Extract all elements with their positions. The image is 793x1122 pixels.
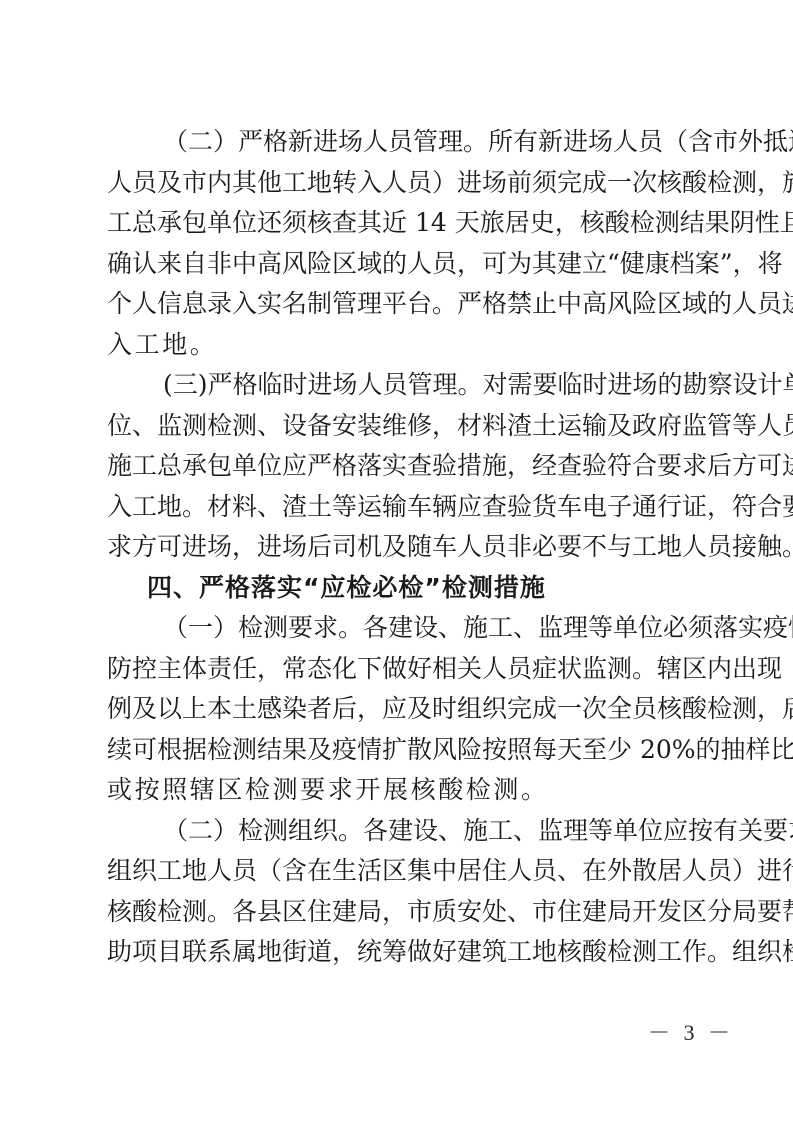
paragraph-line: 工总承包单位还须核查其近 14 天旅居史，核酸检测结果阴性且 bbox=[107, 203, 697, 244]
paragraph-line: 或按照辖区检测要求开展核酸检测。 bbox=[107, 770, 697, 811]
paragraph-line: 核酸检测。各县区住建局，市质安处、市住建局开发区分局要帮 bbox=[107, 892, 697, 933]
paragraph-line: 续可根据检测结果及疫情扩散风险按照每天至少 20%的抽样比例 bbox=[107, 730, 697, 771]
paragraph-line: 施工总承包单位应严格落实查验措施，经查验符合要求后方可进 bbox=[107, 446, 697, 487]
paragraph-line: 人员及市内其他工地转入人员）进场前须完成一次核酸检测，施 bbox=[107, 163, 697, 204]
paragraph-line: 入工地。 bbox=[107, 325, 697, 366]
paragraph-line: 防控主体责任，常态化下做好相关人员症状监测。辖区内出现 1 bbox=[107, 649, 697, 690]
section-heading: 四、严格落实“应检必检”检测措施 bbox=[107, 568, 697, 609]
paragraph-line: (三)严格临时进场人员管理。对需要临时进场的勘察设计单 bbox=[107, 365, 697, 406]
page-number: － 3 － bbox=[648, 1016, 734, 1047]
paragraph-line: （二）严格新进场人员管理。所有新进场人员（含市外抵返 bbox=[107, 122, 697, 163]
document-page: （二）严格新进场人员管理。所有新进场人员（含市外抵返 人员及市内其他工地转入人员… bbox=[0, 0, 793, 1122]
paragraph-line: 组织工地人员（含在生活区集中居住人员、在外散居人员）进行 bbox=[107, 851, 697, 892]
paragraph-line: 助项目联系属地街道，统筹做好建筑工地核酸检测工作。组织检 bbox=[107, 932, 697, 973]
paragraph-line: 确认来自非中高风险区域的人员，可为其建立“健康档案”，将 bbox=[107, 244, 697, 285]
paragraph-line: （二）检测组织。各建设、施工、监理等单位应按有关要求 bbox=[107, 811, 697, 852]
paragraph-line: 入工地。材料、渣土等运输车辆应查验货车电子通行证，符合要 bbox=[107, 487, 697, 528]
paragraph-line: 求方可进场，进场后司机及随车人员非必要不与工地人员接触。 bbox=[107, 527, 697, 568]
paragraph-line: （一）检测要求。各建设、施工、监理等单位必须落实疫情 bbox=[107, 608, 697, 649]
paragraph-line: 位、监测检测、设备安装维修，材料渣土运输及政府监管等人员， bbox=[107, 406, 697, 447]
document-body: （二）严格新进场人员管理。所有新进场人员（含市外抵返 人员及市内其他工地转入人员… bbox=[107, 122, 697, 973]
paragraph-line: 例及以上本土感染者后，应及时组织完成一次全员核酸检测，后 bbox=[107, 689, 697, 730]
paragraph-line: 个人信息录入实名制管理平台。严格禁止中高风险区域的人员进 bbox=[107, 284, 697, 325]
